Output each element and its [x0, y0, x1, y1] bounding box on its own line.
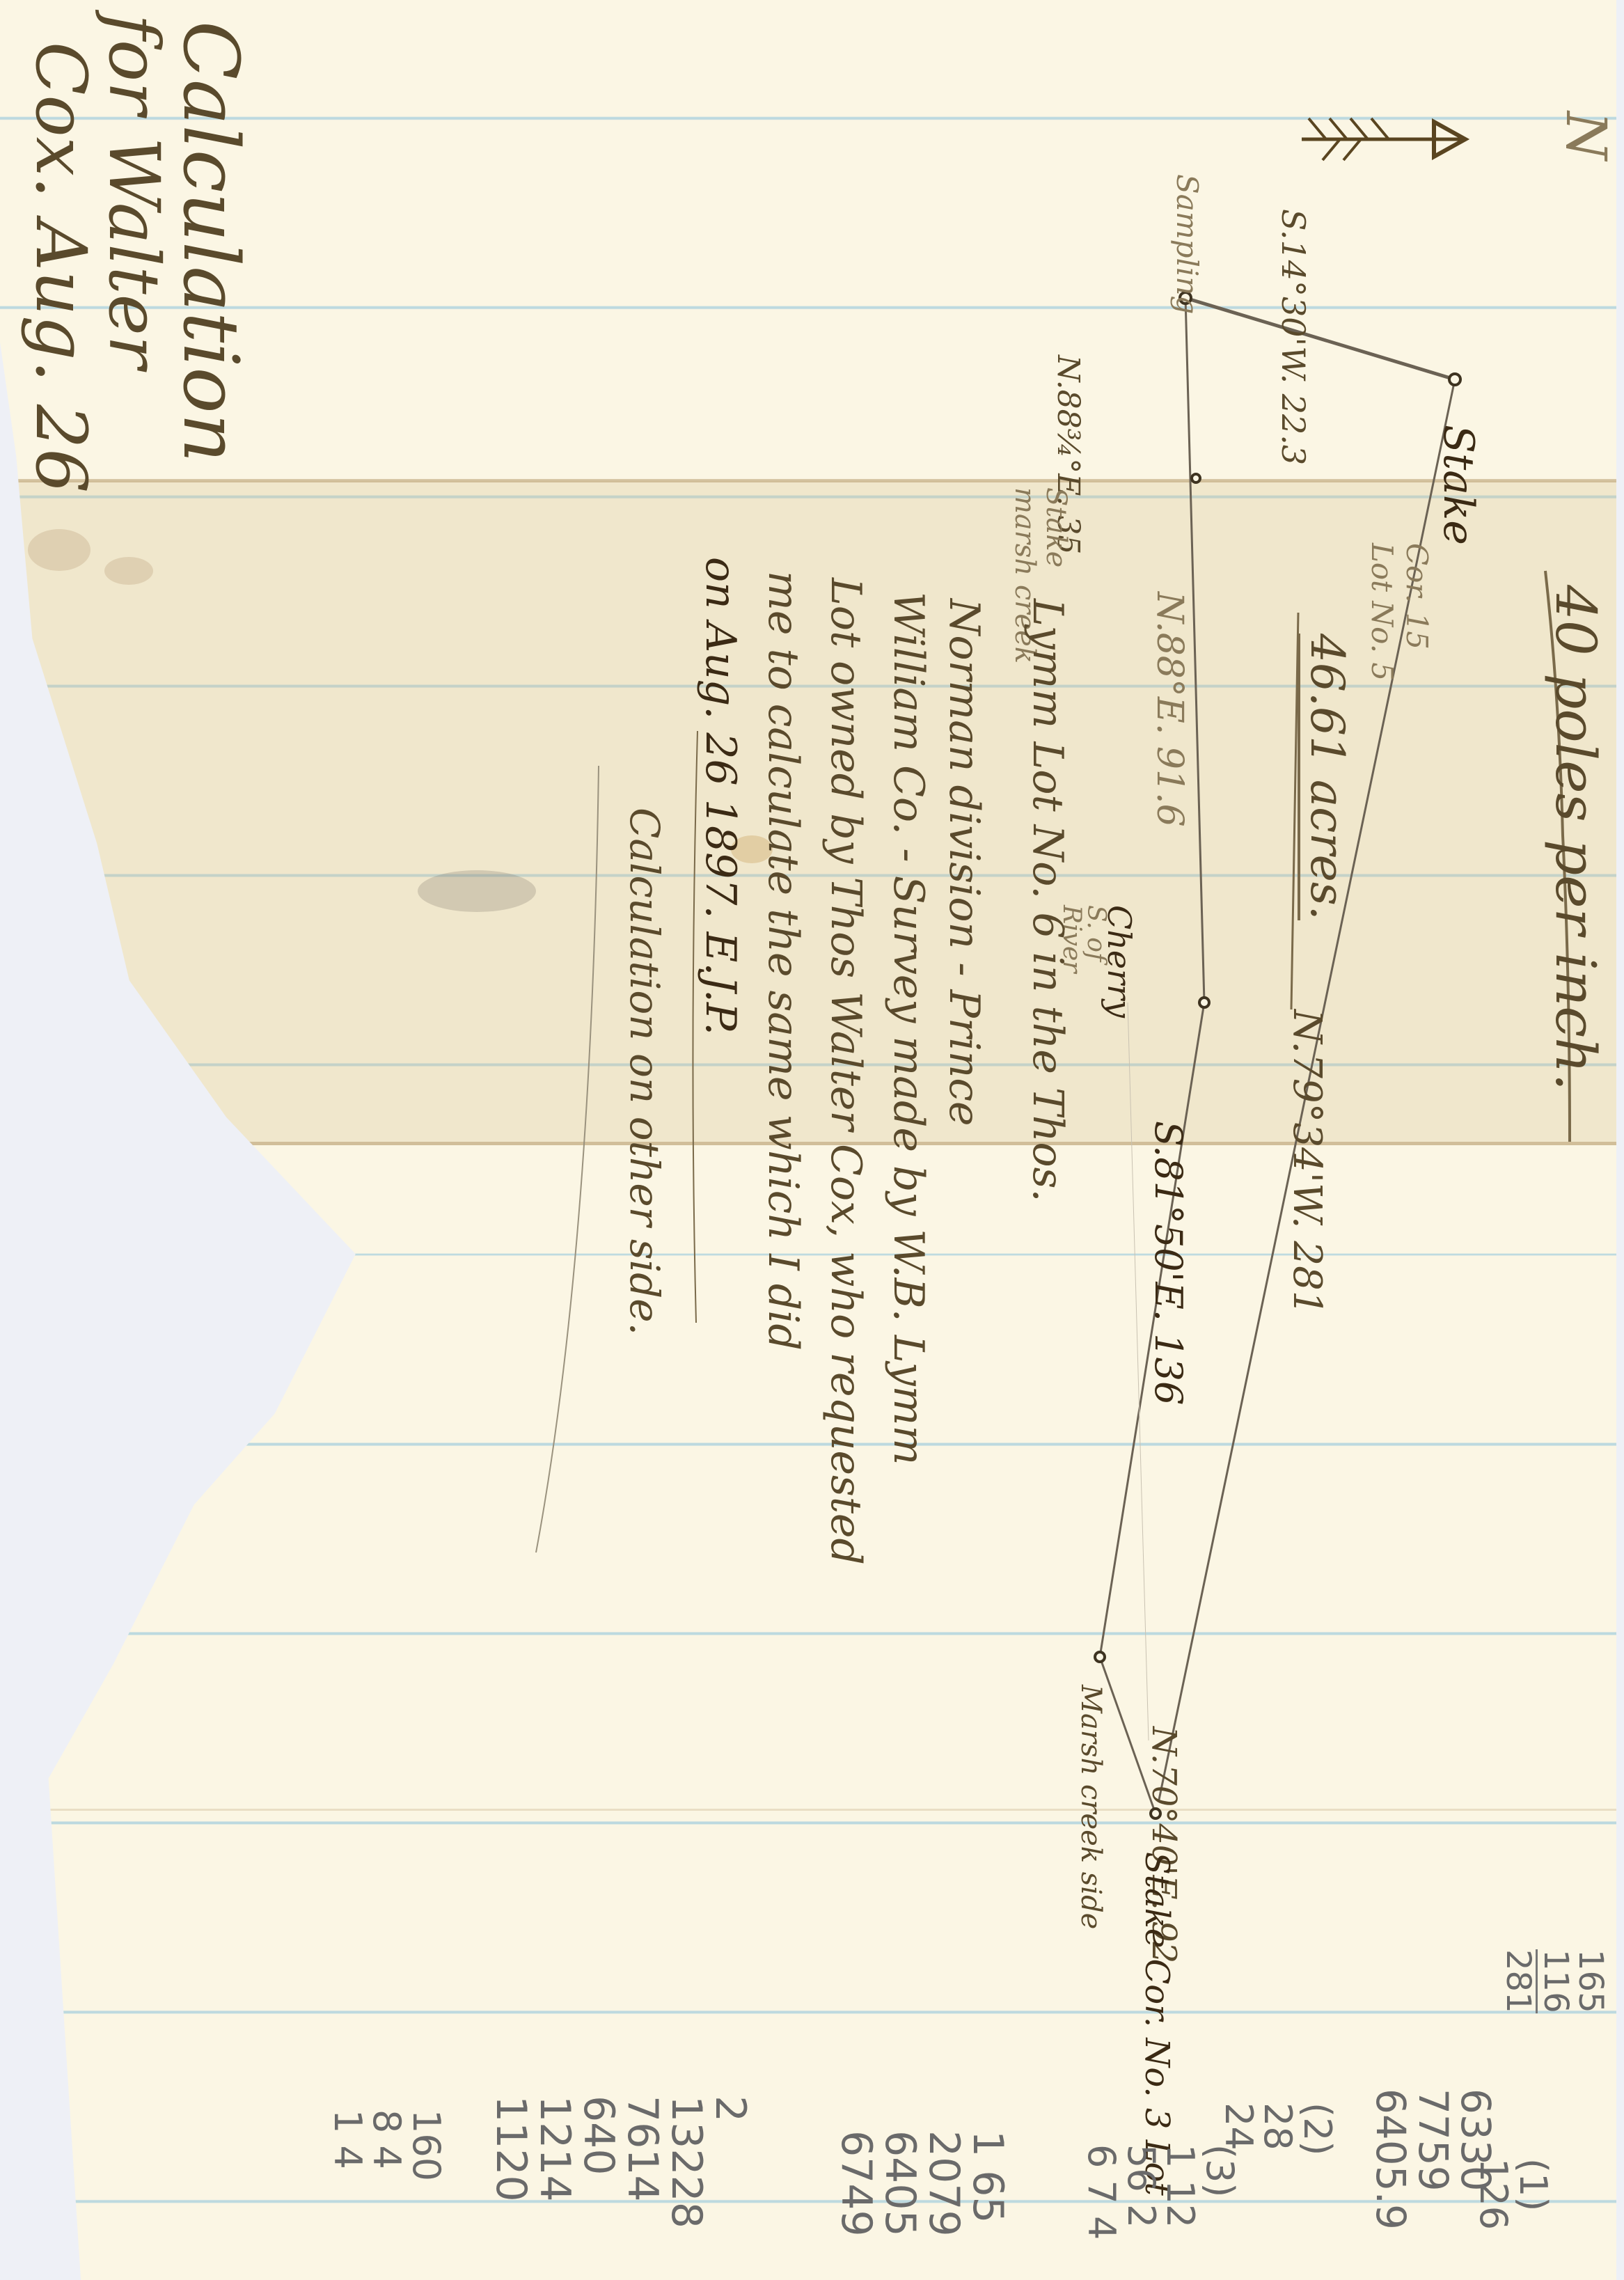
body-line-6: on Aug. 26 1897. E.J.P.	[696, 557, 745, 1035]
bearing-left-long: N.88°E. 91.6	[1149, 592, 1190, 827]
pencil-calc-column: 6330 7759 6405.9	[1369, 2089, 1497, 2230]
title-line-1: Calculation	[171, 21, 251, 463]
bearing-top-right: N.79°34'W. 281	[1284, 1009, 1330, 1315]
title-note: for Walter	[97, 14, 171, 369]
scale-label: 40 poles per inch.	[1543, 585, 1608, 1091]
pencil-calc-column: (3) 1 12 56 2 6 7 4	[1081, 2144, 1239, 2240]
bearing-mid: S.81°50'E. 136	[1146, 1121, 1190, 1405]
body-line-3: William Co. - Survey made by W.B. Lymm	[884, 592, 933, 1465]
title-line-2: for Walter	[97, 14, 171, 369]
area-label: 46.61 acres.	[1298, 634, 1354, 920]
cherry-label-2: S. of	[1082, 905, 1110, 961]
title-note: Calculation	[171, 21, 251, 463]
corner-sub-1: Cor. 15	[1400, 543, 1434, 650]
body-line-7: Calculation on other side.	[621, 808, 668, 1335]
body-line-1: Lymm Lot No. 6 in the Thos.	[1023, 599, 1072, 1202]
body-line-4: Lot owned by Thos Walter Cox, who reques…	[821, 578, 870, 1565]
pencil-calc-column: 2 13228 7614 640 1214 1120	[489, 2096, 752, 2228]
corner-markers	[1095, 292, 1460, 1818]
pencil-calc-column: 160 8 4 1 4	[327, 2109, 446, 2181]
pencil-fraction: 165 116 281	[1501, 1949, 1608, 2013]
title-line-3: Cox. Aug. 26	[24, 42, 97, 493]
bearing-nw: S.14°30'W. 22.3	[1275, 209, 1312, 465]
stake-near-marsh-1: Stake	[1040, 487, 1072, 567]
north-label: N	[1554, 111, 1618, 160]
corner-sub-2: Lot No. 5	[1365, 543, 1399, 681]
plat-boundary	[1100, 298, 1455, 1814]
marsh-creek-note: Marsh creek side	[1075, 1685, 1107, 1929]
body-line-5: me to calculate the same which I did	[759, 571, 807, 1351]
north-arrow-icon	[1302, 118, 1465, 160]
corner-label-stake-north: Stake	[1434, 425, 1483, 545]
pencil-calc-column: 1 65 2079 6405 6749	[834, 2130, 1009, 2237]
body-line-2: Norman division - Prince	[940, 599, 988, 1126]
title-note: Cox. Aug. 26	[24, 42, 97, 493]
corner-label-sampling: Sampling	[1170, 174, 1204, 314]
